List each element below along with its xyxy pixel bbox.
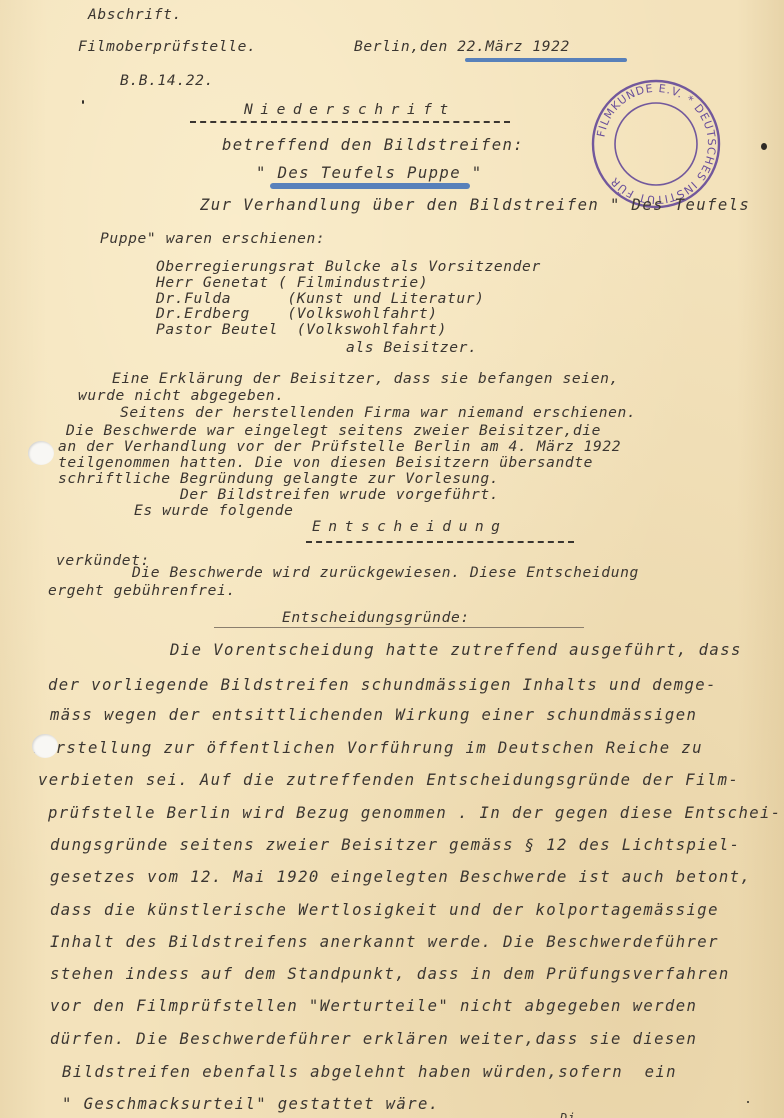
proceedings-line: schriftliche Begründung gelangte zur Vor…: [58, 472, 499, 487]
reasons-line: verbieten sei. Auf die zutreffenden Ents…: [38, 773, 739, 789]
film-title: " Des Teufels Puppe ": [256, 166, 483, 182]
blue-pencil-underline-title: [270, 183, 470, 189]
reasons-line: vor den Filmprüfstellen "Werturteile" ni…: [50, 999, 697, 1015]
institute-stamp: FILMKUNDE E.V. * DEUTSCHES INSTITUT FÜR: [588, 76, 724, 212]
reasons-line: " Geschmacksurteil" gestattet wäre.: [62, 1097, 440, 1113]
office-name: Filmoberprüfstelle.: [78, 40, 256, 55]
reasons-heading: Entscheidungsgründe:: [282, 611, 470, 626]
ink-speck: [747, 1101, 749, 1103]
place-date: Berlin,den 22.März 1922: [354, 40, 570, 55]
reasons-line: dass die künstlerische Wertlosigkeit und…: [50, 903, 719, 919]
proceedings-line: wurde nicht abgegeben.: [78, 389, 285, 404]
reference-number: B.B.14.22.: [120, 74, 214, 89]
trailing-fragment: Di: [560, 1112, 576, 1118]
member-industry: Herr Genetat ( Filmindustrie): [156, 276, 428, 291]
reasons-line: dungsgründe seitens zweier Beisitzer gem…: [50, 838, 740, 854]
attendance-intro-line2: Puppe" waren erschienen:: [100, 232, 325, 247]
assessors-suffix: als Beisitzer.: [346, 341, 477, 356]
attendance-intro-line1: Zur Verhandlung über den Bildstreifen " …: [200, 198, 750, 214]
blue-pencil-underline-date: [465, 58, 627, 62]
reasons-line: Bildstreifen ebenfalls abgelehnt haben w…: [62, 1065, 677, 1081]
proceedings-line: an der Verhandlung vor der Prüfstelle Be…: [58, 440, 621, 455]
reasons-line: Darstellung zur öffentlichen Vorführung …: [34, 741, 703, 757]
punch-hole-lower: [32, 734, 58, 758]
reasons-line: prüfstelle Berlin wird Bezug genommen . …: [48, 806, 782, 822]
reasons-line: Die Vorentscheidung hatte zutreffend aus…: [170, 643, 742, 659]
document-page: Abschrift. Filmoberprüfstelle. Berlin,de…: [0, 0, 784, 1118]
svg-text:FILMKUNDE E.V. * DEUTSCHES I: FILMKUNDE E.V. * DEUTSCHES INSTITUT FÜR: [594, 82, 718, 206]
proceedings-line: teilgenommen hatten. Die von diesen Beis…: [58, 456, 593, 471]
member-welfare-2: Pastor Beutel (Volkswohlfahrt): [156, 323, 447, 338]
decision-line2: ergeht gebührenfrei.: [48, 584, 236, 599]
stamp-seal-icon: FILMKUNDE E.V. * DEUTSCHES INSTITUT FÜR: [588, 76, 724, 212]
reasons-line: der vorliegende Bildstreifen schundmässi…: [48, 678, 717, 694]
reasons-heading-underline: [214, 627, 584, 628]
proceedings-line: Der Bildstreifen wrude vorgeführt.: [180, 488, 499, 503]
reasons-line: stehen indess auf dem Standpunkt, dass i…: [50, 967, 730, 983]
proceedings-line: Die Beschwerde war eingelegt seitens zwe…: [66, 424, 601, 439]
reasons-line: dürfen. Die Beschwerdeführer erklären we…: [50, 1032, 697, 1048]
punch-hole-upper: [28, 441, 54, 465]
subject-line: betreffend den Bildstreifen:: [222, 138, 524, 154]
proceedings-line: Seitens der herstellenden Firma war niem…: [120, 406, 636, 421]
decision-line1: Die Beschwerde wird zurückgewiesen. Dies…: [132, 566, 639, 581]
member-chair: Oberregierungsrat Bulcke als Vorsitzende…: [156, 260, 541, 275]
member-welfare-1: Dr.Erdberg (Volkswohlfahrt): [156, 307, 438, 322]
reasons-line: gesetzes vom 12. Mai 1920 eingelegten Be…: [50, 870, 751, 886]
document-heading: Niederschrift: [244, 103, 456, 118]
copy-label: Abschrift.: [88, 8, 182, 23]
decision-heading-underline: [306, 541, 574, 543]
reasons-line: mäss wegen der entsittlichenden Wirkung …: [50, 708, 697, 724]
decision-heading: Entscheidung: [312, 520, 507, 535]
proceedings-line: Es wurde folgende: [134, 504, 294, 519]
ink-speck: [82, 100, 84, 104]
proceedings-line: Eine Erklärung der Beisitzer, dass sie b…: [112, 372, 619, 387]
heading-underline: [190, 121, 510, 123]
ink-speck: [761, 143, 767, 150]
reasons-line: Inhalt des Bildstreifens anerkannt werde…: [50, 935, 719, 951]
